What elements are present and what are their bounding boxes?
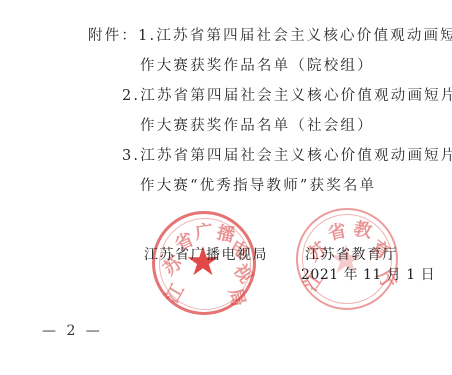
attachment-line: 2.江苏省第四届社会主义核心价值观动画短片创 <box>122 87 452 105</box>
attachment-line: 作大赛获奖作品名单（社会组） <box>140 117 374 135</box>
signature-left: 江苏省广播电视局 <box>144 244 268 264</box>
attachment-number: 3. <box>122 148 140 164</box>
attachment-line: 作大赛获奖作品名单（院校组） <box>140 57 374 75</box>
signature-right: 江苏省教育厅 <box>305 244 398 264</box>
attachment-title: 江苏省第四届社会主义核心价值观动画短片创 <box>140 88 452 104</box>
attachment-line: 作大赛“优秀指导教师”获奖名单 <box>140 177 376 195</box>
attachment-line: 附件：1.江苏省第四届社会主义核心价值观动画短片创 <box>88 27 452 45</box>
attachment-title: 江苏省第四届社会主义核心价值观动画短片创 <box>156 28 452 44</box>
seal-left-char: 广 <box>193 217 214 245</box>
signature-date: 2021 年 11 月 1 日 <box>301 264 435 284</box>
attachment-title-cont: 作大赛“优秀指导教师”获奖名单 <box>140 178 376 194</box>
attachments-label: 附件： <box>88 28 138 44</box>
attachment-line: 3.江苏省第四届社会主义核心价值观动画短片创 <box>122 147 452 165</box>
page-number: — 2 — <box>42 323 103 339</box>
attachment-number: 1. <box>138 28 156 44</box>
attachment-number: 2. <box>122 88 140 104</box>
attachment-title: 江苏省第四届社会主义核心价值观动画短片创 <box>140 148 452 164</box>
attachment-title-cont: 作大赛获奖作品名单（院校组） <box>140 58 374 74</box>
attachment-title-cont: 作大赛获奖作品名单（社会组） <box>140 118 374 134</box>
